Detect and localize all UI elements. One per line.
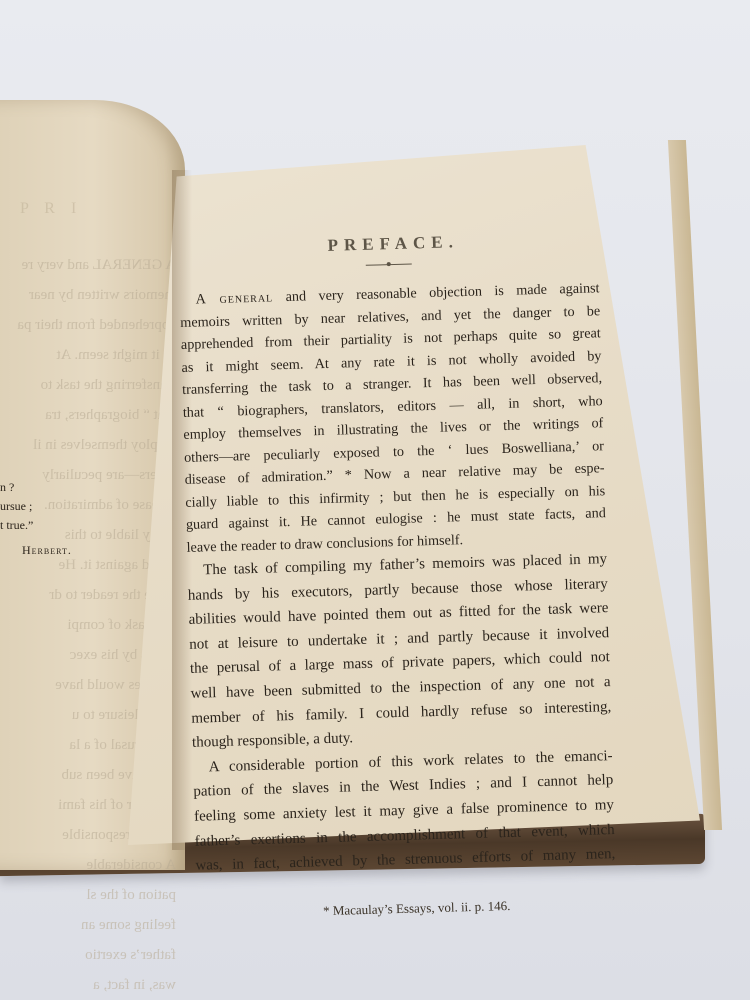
footnote: * Macaulay’s Essays, vol. ii. p. 146. (197, 895, 617, 923)
epigraph-author: Herbert. (22, 541, 72, 560)
ghost-line: was, in fact, a (16, 970, 176, 1000)
ghost-line: that “ biographers, tra (16, 400, 176, 430)
ghost-line: transferring the task to (16, 370, 176, 400)
paragraph-3: A considerable portion of this work rela… (192, 744, 615, 879)
paragraph-1: A general and very reasonable objection … (179, 277, 606, 559)
ghost-line: memoirs written by near (16, 280, 176, 310)
ghost-line: pation of the sl (16, 880, 176, 910)
epigraph-line: n ? (0, 478, 72, 497)
ghost-line: father’s exertio (16, 940, 176, 970)
preface-text: PREFACE. A general and very reasonable o… (178, 228, 617, 922)
book-photo: P R I A GENERAL and very rememoirs writt… (0, 0, 750, 1000)
paragraph-2: The task of compiling my father’s memoir… (187, 547, 612, 755)
ghost-line: A considerable (16, 850, 176, 880)
lead-smallcaps: A general (195, 289, 273, 307)
ghost-line: apprehended from their pa (16, 310, 176, 340)
title-ornament-rule (366, 263, 412, 265)
epigraph-line: ursue ; (0, 497, 72, 516)
ghost-line: A GENERAL and very re (16, 250, 176, 280)
left-page-heading-ghost: P R I (20, 200, 82, 218)
ghost-line: feeling some an (16, 910, 176, 940)
epigraph-line: t true.” (0, 516, 72, 535)
ghost-line: employ themselves in il (16, 430, 176, 460)
epigraph: n ? ursue ; t true.” Herbert. (0, 478, 72, 560)
ghost-line: as it might seem. At (16, 340, 176, 370)
